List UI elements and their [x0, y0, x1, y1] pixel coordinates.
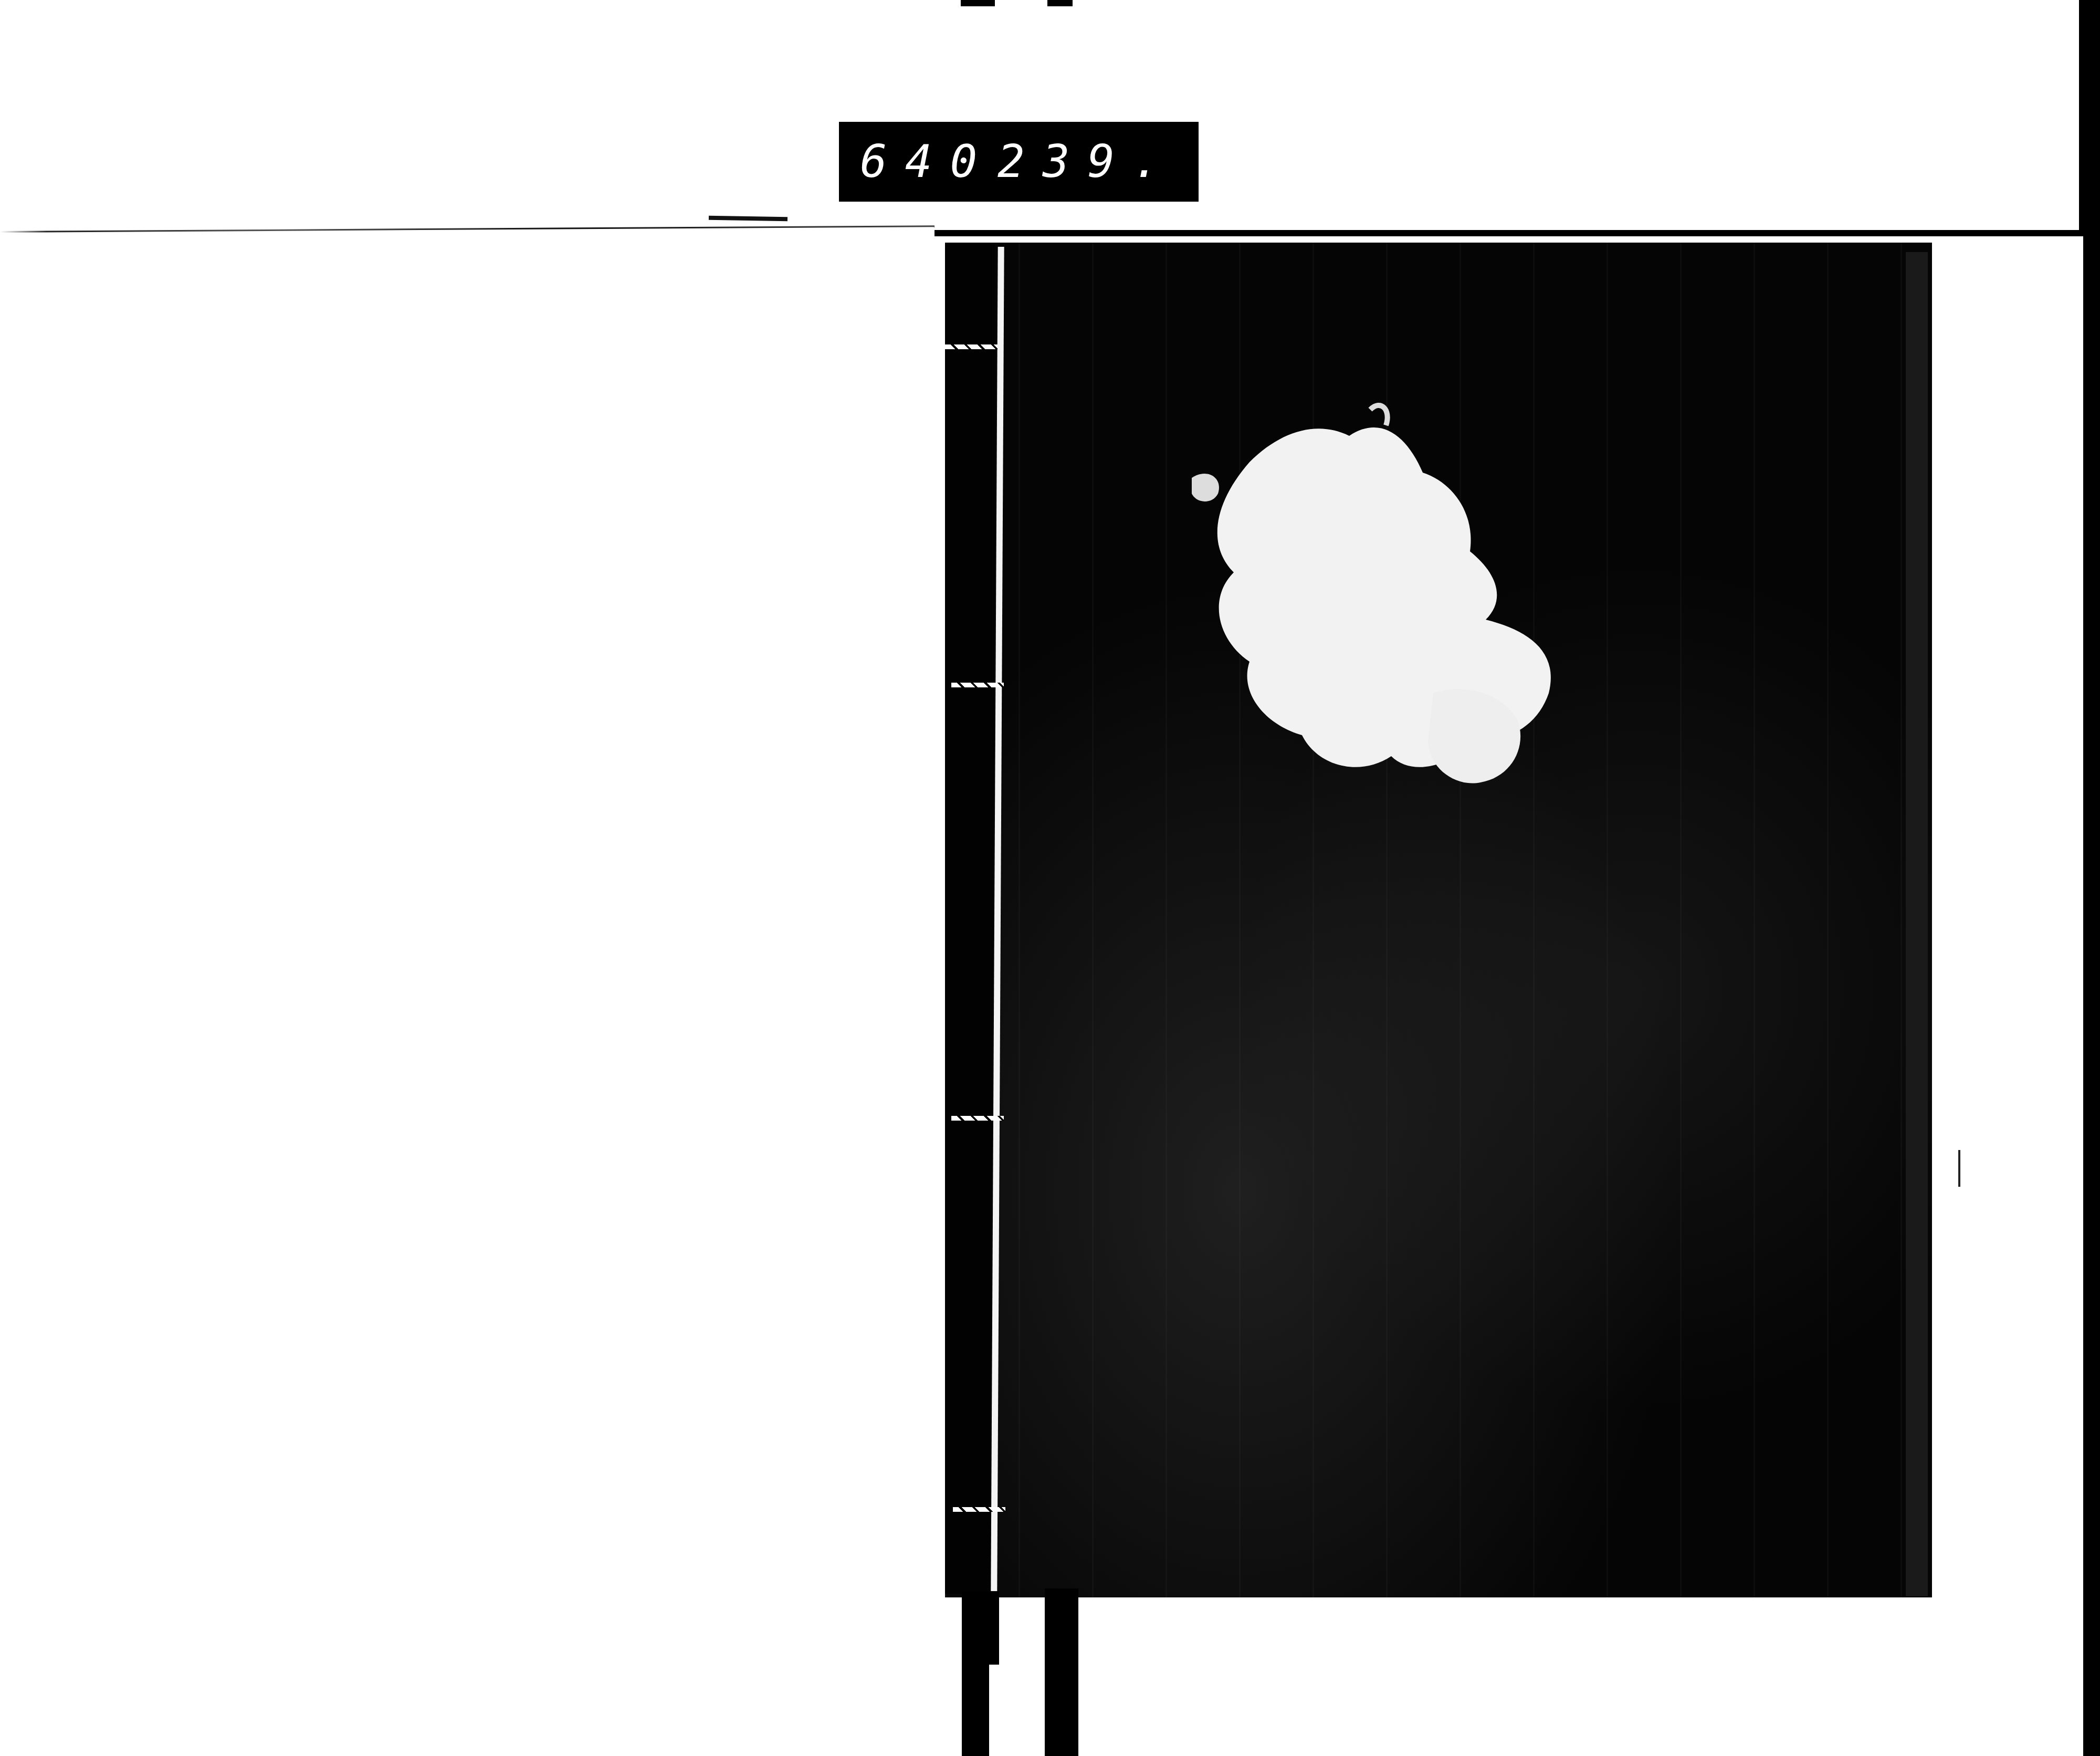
binding-stitch — [951, 1116, 1004, 1121]
film-edge-right — [2083, 231, 2100, 1756]
scan-divider-line — [0, 225, 934, 233]
top-edge-mark — [961, 0, 995, 6]
frame-number-left: 640 — [860, 135, 995, 188]
binding-stitch — [951, 683, 1004, 687]
book-spine — [945, 244, 995, 1594]
film-edge-line — [934, 230, 2100, 236]
frame-number-right: 239. — [997, 135, 1178, 188]
binding-stitch — [953, 1507, 1005, 1512]
cover-damage-patch — [1160, 399, 1564, 814]
top-edge-mark — [1047, 0, 1073, 6]
frame-number-stamp: 640 239. — [839, 122, 1199, 202]
margin-mark — [1958, 1150, 1960, 1187]
book-page-edge — [1906, 252, 1928, 1596]
scan-divider-mark — [709, 216, 787, 222]
film-edge-bar — [2079, 0, 2100, 234]
binding-stitch — [945, 344, 997, 349]
book-tie-strip — [981, 1591, 999, 1665]
book-tie-strip — [1045, 1588, 1078, 1756]
